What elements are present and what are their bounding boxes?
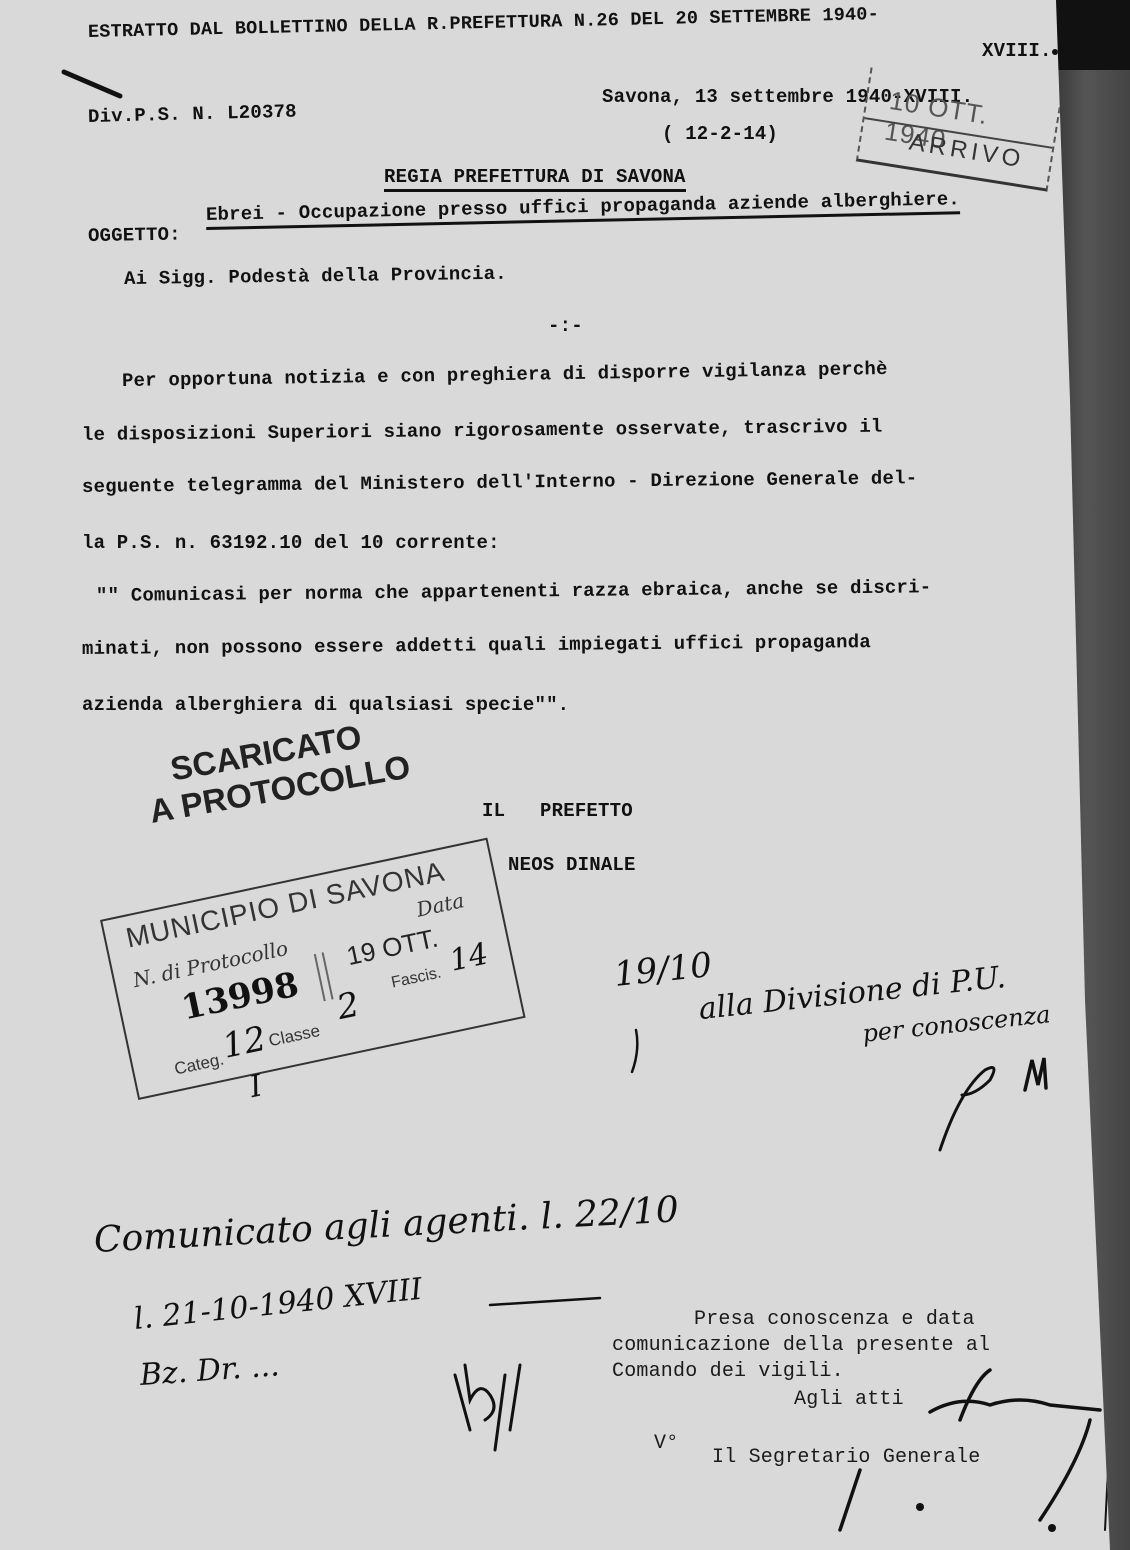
initial-p-mark: [632, 1030, 637, 1072]
document-page: ESTRATTO DAL BOLLETTINO DELLA R.PREFETTU…: [0, 0, 1110, 1550]
secretary-signature: [840, 1370, 1100, 1530]
underline-stroke: [490, 1298, 600, 1305]
signature-m-mark: [1025, 1058, 1046, 1090]
ink-dot: [1048, 1524, 1056, 1532]
ink-strokes: [0, 0, 1110, 1550]
signature-scribble: [455, 1365, 520, 1450]
ink-dot: [1052, 49, 1058, 55]
ink-dot: [916, 1503, 924, 1511]
background-shadow: [1056, 0, 1130, 70]
margin-tick-mark: [64, 72, 120, 96]
signature-p-mark: [940, 1068, 994, 1150]
